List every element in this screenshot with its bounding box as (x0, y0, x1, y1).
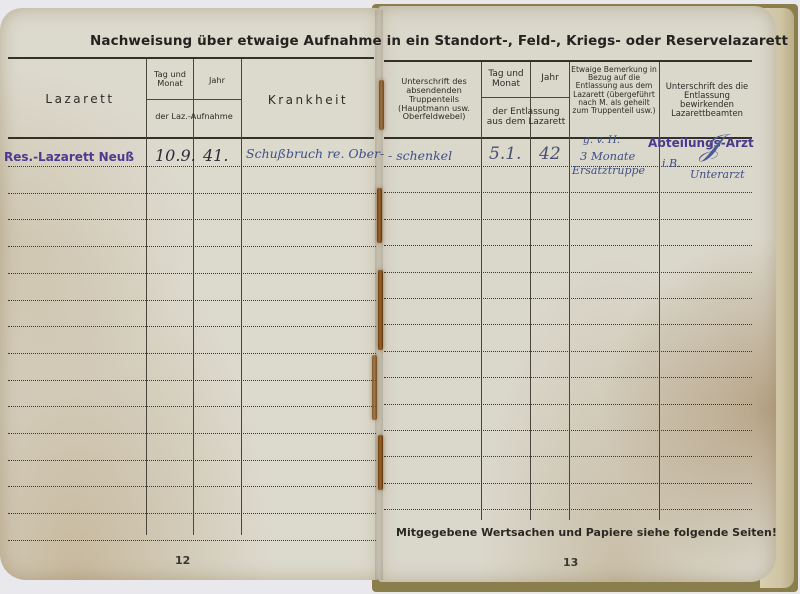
header-krankheit: Krankheit (246, 94, 370, 107)
row-line (8, 380, 376, 381)
cell-krankheit-continued: - schenkel (388, 148, 452, 163)
cell-unterschrift-signature: 𝒥 (700, 128, 721, 163)
row-line (384, 324, 752, 325)
cell-aufnahme-tag-monat: 10.9. (155, 146, 196, 165)
header-entlassung-group: der Entlassung aus dem Lazarett (484, 108, 568, 127)
col-divider (481, 62, 482, 520)
cell-entlassung-tag-monat: 5.1. (489, 144, 521, 164)
col-divider (241, 59, 242, 535)
footer-note: Mitgegebene Wertsachen und Papiere siehe… (396, 526, 736, 539)
row-line (8, 193, 376, 194)
header-bemerkung: Etwaige Bemerkung in Bezug auf die Entla… (571, 66, 657, 115)
row-line (8, 246, 376, 247)
subheader-divider (146, 99, 241, 100)
row-line (384, 483, 752, 484)
header-lazarett: Lazarett (20, 93, 140, 106)
row-line (8, 326, 376, 327)
row-line (8, 540, 376, 541)
row-line (384, 192, 752, 193)
header-top-rule-right (384, 60, 752, 62)
header-entlassung-tag-monat: Tag und Monat (485, 70, 527, 89)
cell-krankheit: Schußbruch re. Ober- (246, 146, 384, 161)
row-line (384, 351, 752, 352)
staple-rust (379, 80, 384, 130)
header-aufnahme-jahr: Jahr (196, 76, 238, 85)
row-line (8, 433, 376, 434)
row-line (8, 273, 376, 274)
header-bottom-rule-left (8, 137, 374, 139)
page-title: Nachweisung über etwaige Aufnahme in ein… (90, 33, 730, 49)
cell-bemerkung-line1: g. v. H. (583, 134, 620, 146)
cell-aufnahme-jahr: 41. (203, 146, 228, 165)
row-line (384, 219, 752, 220)
header-entlassung-jahr: Jahr (533, 74, 567, 84)
row-line (384, 456, 752, 457)
row-line (8, 513, 376, 514)
cell-bemerkung-line3: Ersatztruppe (572, 164, 645, 177)
header-unterschrift-lazarett: Unterschrift des die Entlassung bewirken… (664, 82, 750, 118)
row-line (384, 404, 752, 405)
cell-entlassung-jahr: 42 (539, 144, 561, 164)
cell-bemerkung-line2: 3 Monate (580, 149, 635, 163)
row-line (384, 245, 752, 246)
row-line (8, 300, 376, 301)
row-line (384, 377, 752, 378)
row-line (8, 486, 376, 487)
row-line (8, 166, 376, 167)
subheader-divider (481, 97, 569, 98)
col-divider (146, 59, 147, 535)
row-line (8, 353, 376, 354)
row-line (384, 272, 752, 273)
row-line (384, 166, 752, 167)
row-line (384, 430, 752, 431)
row-line (8, 460, 376, 461)
staple-rust (377, 188, 382, 243)
cell-unterschrift-ib: i.B. (662, 157, 681, 170)
header-top-rule-left (8, 57, 374, 59)
staple-rust (378, 270, 383, 350)
staple-rust (372, 355, 377, 420)
col-divider (569, 62, 570, 520)
header-aufnahme-group: der Laz.-Aufnahme (148, 112, 240, 121)
row-line (384, 298, 752, 299)
col-divider (193, 59, 194, 535)
row-line (8, 219, 376, 220)
header-aufnahme-tag-monat: Tag und Monat (150, 70, 190, 88)
header-unterschrift-truppenteil: Unterschrift des absendenden Truppenteil… (390, 77, 478, 121)
page-number-left: 12 (175, 554, 190, 567)
cell-unterschrift-line3: Unterarzt (690, 168, 745, 181)
col-divider (659, 62, 660, 520)
staple-rust (378, 435, 383, 490)
col-divider (530, 62, 531, 520)
row-line (8, 406, 376, 407)
cell-lazarett-stamp: Res.-Lazarett Neuß (4, 150, 134, 164)
page-number-right: 13 (563, 556, 578, 569)
row-line (384, 509, 752, 510)
